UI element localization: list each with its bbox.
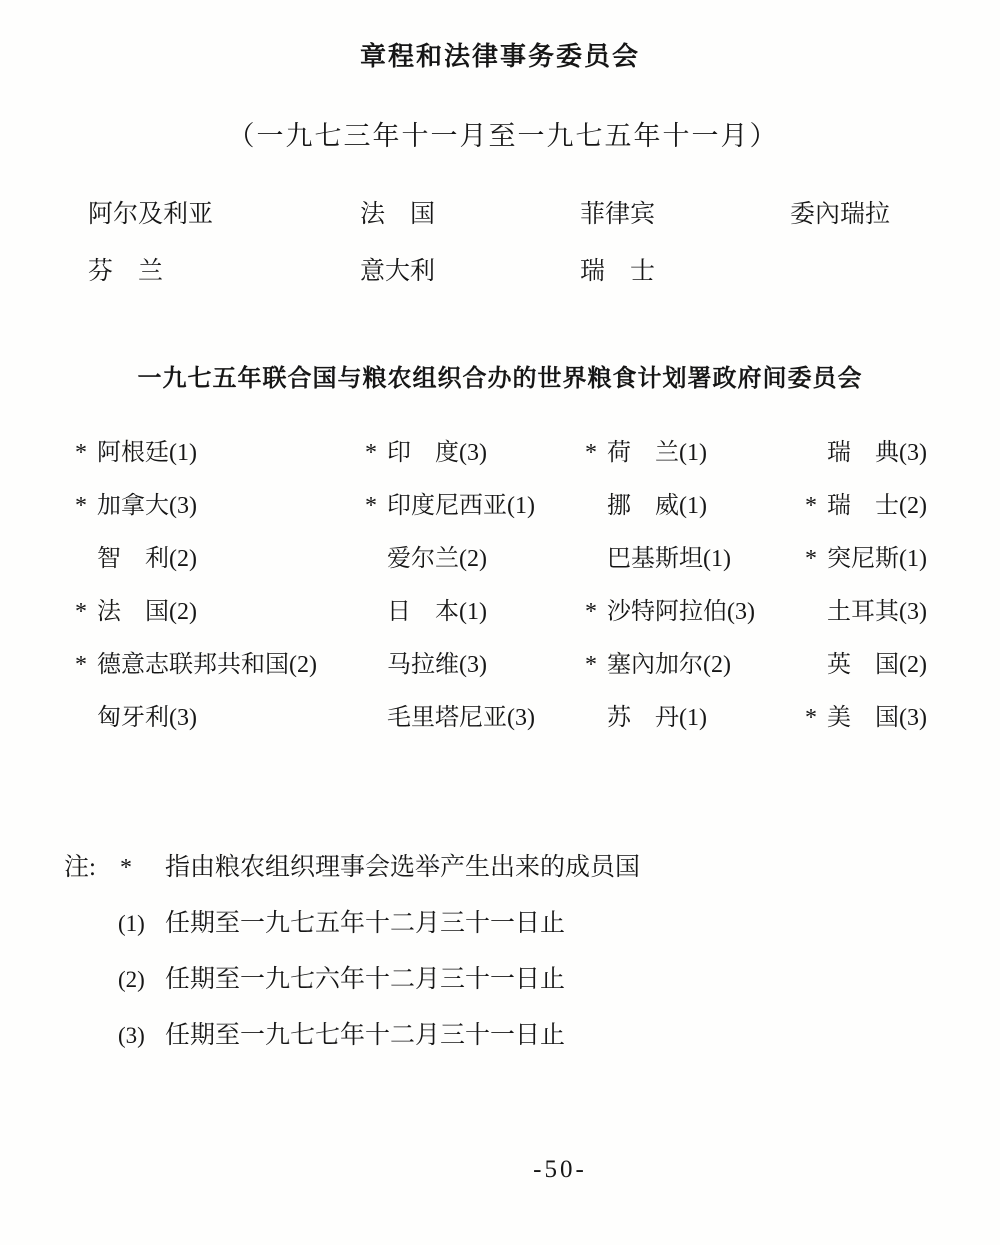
footnotes-block: 注: * 指由粮农组织理事会选举产生出来的成员国 (1) 任期至一九七五年十二月… [64,852,640,1052]
member-cell: * 法 国(2) [75,597,365,627]
member-cell: * 美 国(3) [805,703,1000,733]
member-name: 法 国 [360,200,580,230]
member-cell: 匈牙利(3) [75,703,365,733]
note-text: 任期至一九七七年十二月三十一日止 [165,1020,565,1052]
member-name: 阿根廷(1) [97,438,197,468]
member-cell: * 德意志联邦共和国(2) [75,650,365,680]
note-marker: (1) [118,908,165,940]
elected-star-marker: * [75,650,97,680]
member-cell: * 塞內加尔(2) [585,650,805,680]
member-name: 荷 兰(1) [607,438,707,468]
member-name: 塞內加尔(2) [607,650,731,680]
member-name: 匈牙利(3) [97,703,197,733]
member-name: 意大利 [360,257,580,287]
member-name: 英 国(2) [827,650,927,680]
footnote-star-line: 注: * 指由粮农组织理事会选举产生出来的成员国 [64,852,640,884]
member-cell: 瑞 典(3) [805,438,1000,468]
member-name: 突尼斯(1) [827,544,927,574]
note-label: 注: [64,852,120,884]
member-name: 美 国(3) [827,703,927,733]
member-name: 马拉维(3) [387,650,487,680]
footnote-item: (3) 任期至一九七七年十二月三十一日止 [64,1020,640,1052]
member-cell: 巴基斯坦(1) [585,544,805,574]
member-cell: 英 国(2) [805,650,1000,680]
elected-star-marker: * [585,438,607,468]
member-cell: * 阿根廷(1) [75,438,365,468]
note-text: 指由粮农组织理事会选举产生出来的成员国 [165,852,640,884]
scanned-document-page: 章程和法律事务委员会 （一九七三年十一月至一九七五年十一月） 阿尔及利亚 法 国… [0,0,1000,1245]
member-cell: * 荷 兰(1) [585,438,805,468]
member-name: 加拿大(3) [97,491,197,521]
note-marker: (3) [118,1020,165,1052]
page-number: -50- [80,1156,1000,1184]
member-name: 菲律宾 [580,200,790,230]
elected-star-marker: * [805,491,827,521]
member-name: 芬 兰 [88,257,360,287]
member-cell: 智 利(2) [75,544,365,574]
member-cell: 马拉维(3) [365,650,585,680]
committee-title: 章程和法律事务委员会 [20,36,980,73]
member-name: 毛里塔尼亚(3) [387,703,535,733]
committee1-member-list: 阿尔及利亚 法 国 菲律宾 委內瑞拉 芬 兰 意大利 瑞 士 [88,200,970,287]
footnote-item: (2) 任期至一九七六年十二月三十一日止 [64,964,640,996]
elected-star-marker: * [75,597,97,627]
member-cell: 土耳其(3) [805,597,1000,627]
member-name: 日 本(1) [387,597,487,627]
note-marker: (2) [118,964,165,996]
elected-star-marker: * [805,703,827,733]
member-name: 土耳其(3) [827,597,927,627]
member-cell: * 突尼斯(1) [805,544,1000,574]
member-name: 智 利(2) [97,544,197,574]
committee2-title: 一九七五年联合国与粮农组织合办的世界粮食计划署政府间委员会 [20,358,980,393]
member-name: 瑞 士(2) [827,491,927,521]
member-cell: * 瑞 士(2) [805,491,1000,521]
member-name [790,257,970,287]
elected-star-marker: * [365,438,387,468]
member-name: 印度尼西亚(1) [387,491,535,521]
member-cell: 挪 威(1) [585,491,805,521]
elected-star-marker: * [75,438,97,468]
star-marker: * [120,852,165,884]
note-text: 任期至一九七五年十二月三十一日止 [165,908,565,940]
member-name: 瑞 典(3) [827,438,927,468]
member-name: 瑞 士 [580,257,790,287]
member-name: 苏 丹(1) [607,703,707,733]
elected-star-marker: * [805,544,827,574]
member-name: 印 度(3) [387,438,487,468]
member-cell: * 印 度(3) [365,438,585,468]
member-name: 法 国(2) [97,597,197,627]
member-cell: * 加拿大(3) [75,491,365,521]
elected-star-marker: * [585,650,607,680]
elected-star-marker: * [585,597,607,627]
member-cell: 日 本(1) [365,597,585,627]
member-name: 沙特阿拉伯(3) [607,597,755,627]
member-cell: * 沙特阿拉伯(3) [585,597,805,627]
member-name: 挪 威(1) [607,491,707,521]
committee-term-subtitle: （一九七三年十一月至一九七五年十一月） [23,114,983,153]
member-name: 巴基斯坦(1) [607,544,731,574]
member-name: 爱尔兰(2) [387,544,487,574]
elected-star-marker: * [75,491,97,521]
elected-star-marker: * [365,491,387,521]
member-name: 委內瑞拉 [790,200,970,230]
member-cell: 毛里塔尼亚(3) [365,703,585,733]
note-text: 任期至一九七六年十二月三十一日止 [165,964,565,996]
footnote-item: (1) 任期至一九七五年十二月三十一日止 [64,908,640,940]
member-name: 阿尔及利亚 [88,200,360,230]
member-cell: 爱尔兰(2) [365,544,585,574]
committee2-member-list: * 阿根廷(1) * 印 度(3) * 荷 兰(1) 瑞 典(3) * 加拿大(… [75,438,1000,733]
member-cell: * 印度尼西亚(1) [365,491,585,521]
member-name: 德意志联邦共和国(2) [97,650,317,680]
member-cell: 苏 丹(1) [585,703,805,733]
